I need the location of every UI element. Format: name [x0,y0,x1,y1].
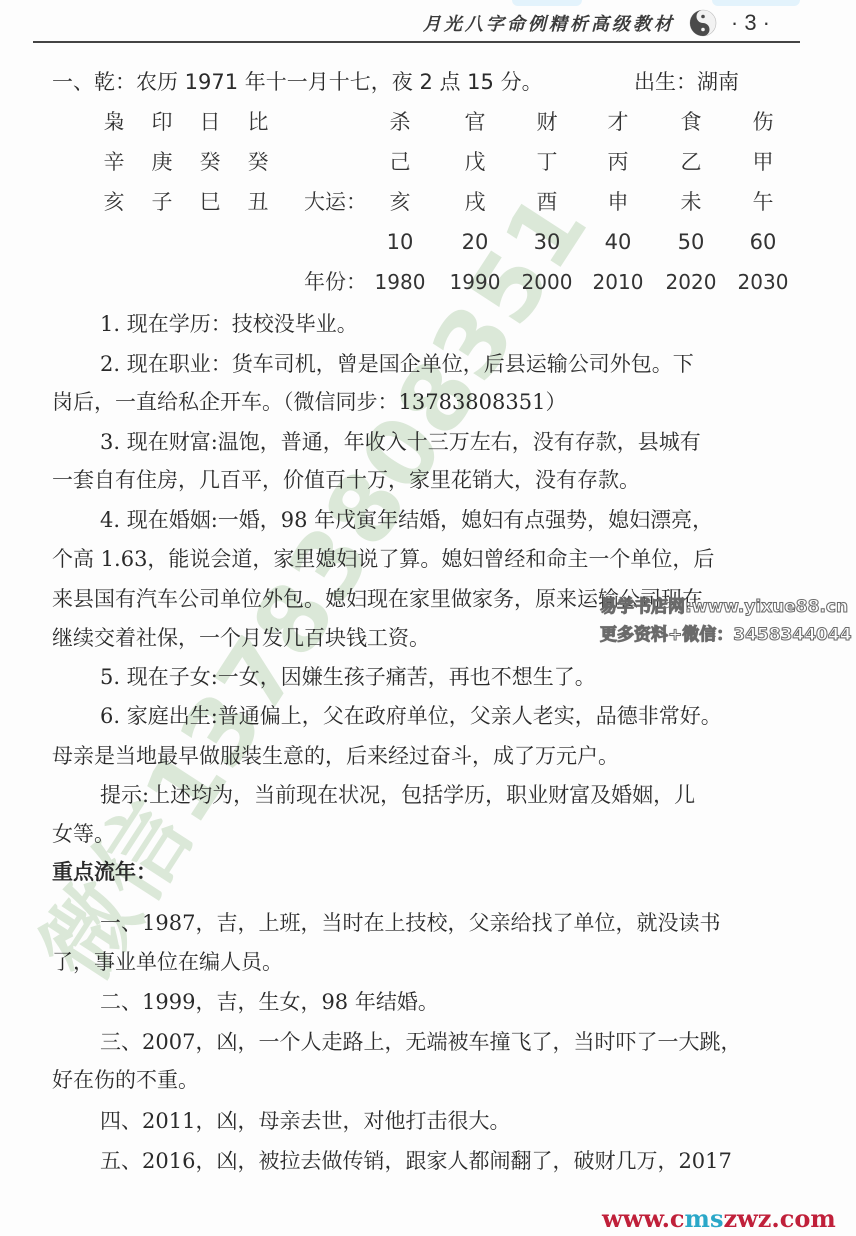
site-watermark-part2: ms [685,1204,724,1233]
luck-branch: 戌 [455,188,495,216]
site-watermark-part1: www.c [602,1204,685,1233]
pillar-branch: 巳 [190,188,230,216]
luck-age: 60 [743,228,783,256]
luck-stem: 乙 [671,148,711,176]
book-title: 月光八字命例精析高级教材 [423,10,675,36]
pillar-stem: 癸 [190,148,230,176]
status-line: 2. 现在职业：货车司机，曾是国企单位，后县运输公司外包。下 [100,350,694,378]
event-line: 了，事业单位在编人员。 [52,948,283,976]
status-line: 3. 现在财富:温饱，普通，年收入十三万左右，没有存款，县城有 [100,428,701,456]
status-line: 个高 1.63，能说会道，家里媳妇说了算。媳妇曾经和命主一个单位，后 [52,545,714,573]
header-rule [33,41,800,43]
luck-ten-god: 才 [598,108,638,136]
pillar-stem: 辛 [94,148,134,176]
luck-ten-god: 官 [455,108,495,136]
luck-age: 10 [380,228,420,256]
pillar-branch: 子 [142,188,182,216]
event-line: 好在伤的不重。 [52,1066,199,1094]
luck-ten-god: 食 [671,108,711,136]
luck-stem: 甲 [743,148,783,176]
pillar-ten-god: 比 [238,108,278,136]
status-line: 6. 家庭出生:普通偏上，父在政府单位，父亲人老实，品德非常好。 [100,702,722,730]
pillar-stem: 癸 [238,148,278,176]
birthplace: 出生：湖南 [634,68,739,96]
status-line: 岗后，一直给私企开车。（微信同步：13783808351） [52,388,566,416]
event-line: 一、1987，吉，上班，当时在上技校，父亲给找了单位，就没读书 [100,909,720,937]
luck-branch: 酉 [527,188,567,216]
site-watermark: www.cmszwz.com [602,1204,836,1233]
luck-age: 30 [527,228,567,256]
site-watermark-part3: zwz.com [723,1204,835,1233]
luck-stem: 己 [380,148,420,176]
luck-branch: 申 [598,188,638,216]
top-tab-pill-right [712,0,800,6]
case-title: 一、乾：农历 1971 年十一月十七，夜 2 点 15 分。 [52,68,543,96]
pillar-branch: 亥 [94,188,134,216]
status-line: 女等。 [52,820,115,848]
status-line: 母亲是当地最早做服装生意的，后来经过奋斗，成了万元户。 [52,742,619,770]
year-label: 年份： [304,268,367,296]
top-tab-pill-left [512,0,582,6]
luck-stem: 丁 [527,148,567,176]
pillar-branch: 丑 [238,188,278,216]
status-line: 4. 现在婚姻:一婚，98 年戊寅年结婚，媳妇有点强势，媳妇漂亮， [100,506,713,534]
event-line: 二、1999，吉，生女，98 年结婚。 [100,988,439,1016]
luck-ten-god: 财 [527,108,567,136]
luck-year: 2030 [728,268,798,296]
luck-branch: 午 [743,188,783,216]
luck-age: 40 [598,228,638,256]
stamp-watermark-contact: 更多资料+微信：3458344044 [600,620,852,645]
section-heading-key-years: 重点流年： [52,858,157,886]
stamp-watermark-site: 易学书店网:www.yixue88.cn [600,592,848,617]
status-line: 继续交着社保，一个月发几百块钱工资。 [52,624,430,652]
pillar-ten-god: 日 [190,108,230,136]
status-line: 1. 现在学历：技校没毕业。 [100,310,358,338]
luck-year: 2010 [583,268,653,296]
luck-ten-god: 杀 [380,108,420,136]
page-number: · 3 · [731,10,770,36]
luck-branch: 亥 [380,188,420,216]
running-header: 月光八字命例精析高级教材 · 3 · [340,8,770,38]
luck-label: 大运： [304,188,367,216]
luck-stem: 丙 [598,148,638,176]
event-line: 五、2016，凶，被拉去做传销，跟家人都闹翻了，破财几万，2017 [100,1147,732,1175]
status-line: 提示:上述均为，当前现在状况，包括学历，职业财富及婚姻，儿 [100,781,695,809]
luck-branch: 未 [671,188,711,216]
event-line: 三、2007，凶，一个人走路上，无端被车撞飞了，当时吓了一大跳， [100,1028,741,1056]
yin-yang-icon [689,9,717,37]
luck-age: 20 [455,228,495,256]
luck-year: 2000 [512,268,582,296]
pillar-ten-god: 印 [142,108,182,136]
luck-year: 1980 [365,268,435,296]
luck-stem: 戊 [455,148,495,176]
luck-year: 1990 [440,268,510,296]
luck-age: 50 [671,228,711,256]
pillar-stem: 庚 [142,148,182,176]
luck-ten-god: 伤 [743,108,783,136]
pillar-ten-god: 枭 [94,108,134,136]
event-line: 四、2011，凶，母亲去世，对他打击很大。 [100,1107,510,1135]
luck-year: 2020 [656,268,726,296]
status-line: 一套自有住房，几百平，价值百十万，家里花销大，没有存款。 [52,466,640,494]
status-line: 5. 现在子女:一女，因嫌生孩子痛苦，再也不想生了。 [100,663,596,691]
